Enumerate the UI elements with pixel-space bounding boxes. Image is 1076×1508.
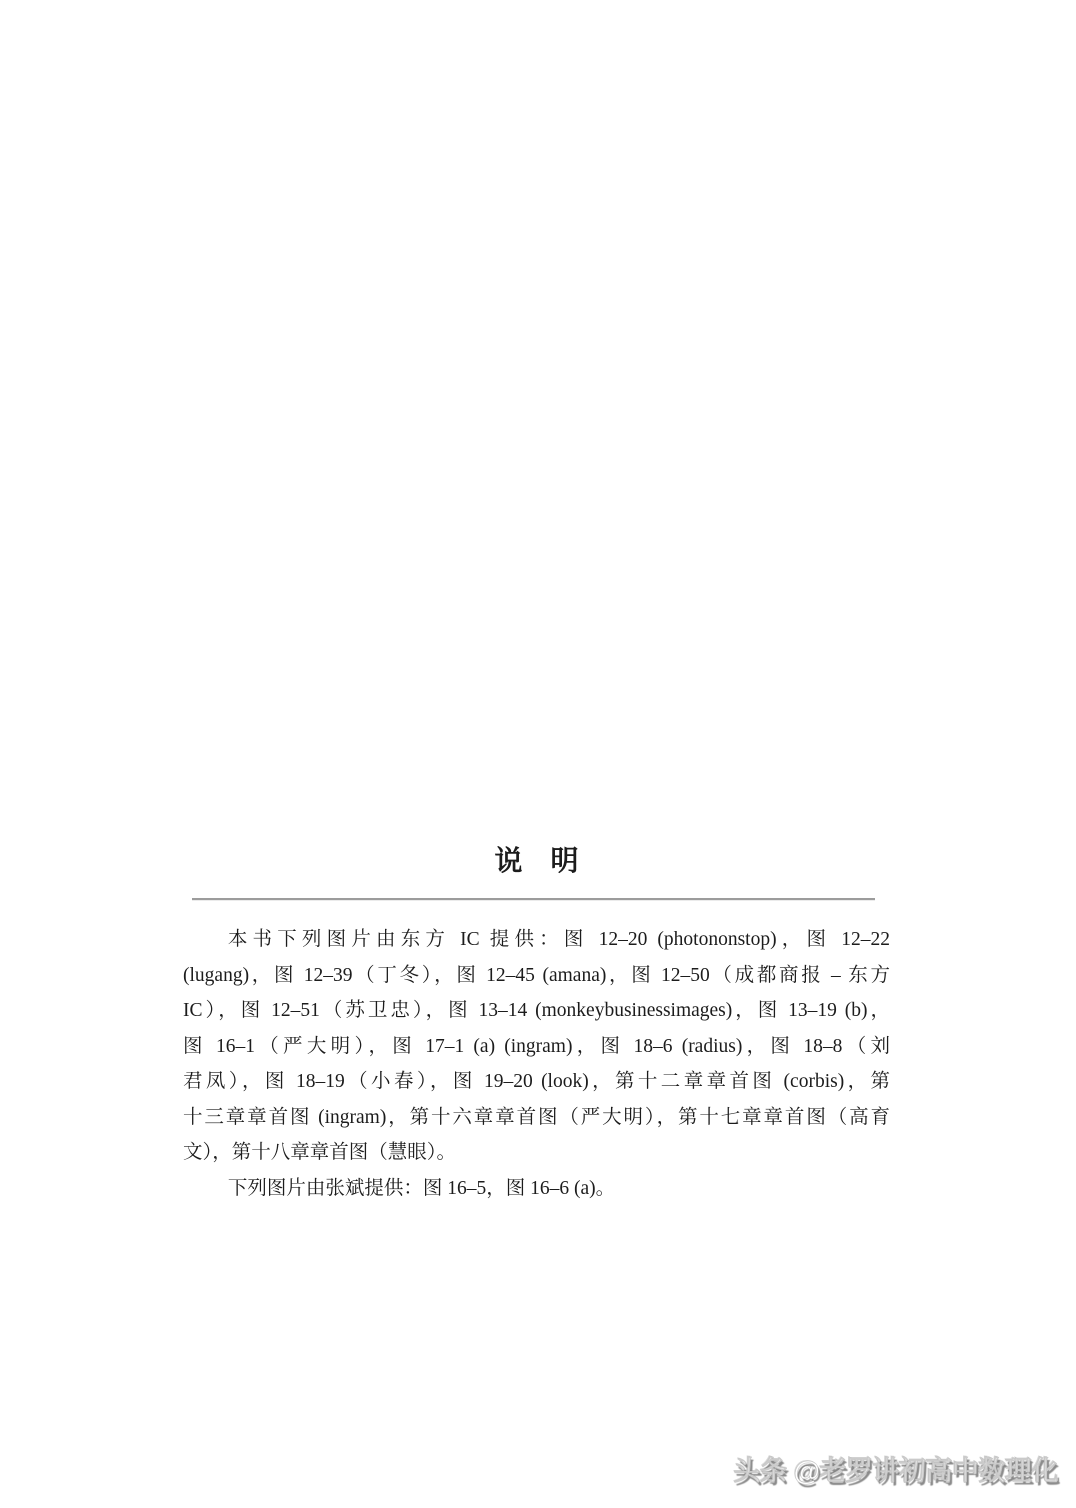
image-credits-text: 本书下列图片由东方 IC 提供：图 12–20 (photononstop)，图… xyxy=(183,922,890,1206)
credits-line: (lugang)，图 12–39（丁冬），图 12–45 (amana)，图 1… xyxy=(183,958,890,994)
credits-line: 君凤），图 18–19（小春），图 19–20 (look)，第十二章章首图 (… xyxy=(183,1064,890,1100)
toutiao-watermark: 头条 @老罗讲初高中数理化 xyxy=(734,1449,1058,1488)
page-title: 说 明 xyxy=(183,843,890,879)
book-page: { "document": { "title": "说 明", "credits… xyxy=(0,0,1076,1508)
credits-line: 图 16–1（严大明），图 17–1 (a) (ingram)，图 18–6 (… xyxy=(183,1029,890,1065)
credits-line: 下列图片由张斌提供：图 16–5，图 16–6 (a)。 xyxy=(183,1171,890,1207)
credits-line: IC），图 12–51（苏卫忠），图 13–14 (monkeybusiness… xyxy=(183,993,890,1029)
credits-line: 文），第十八章章首图（慧眼）。 xyxy=(183,1135,890,1171)
title-divider-rule xyxy=(192,898,875,900)
credits-line: 本书下列图片由东方 IC 提供：图 12–20 (photononstop)，图… xyxy=(183,922,890,958)
credits-line: 十三章章首图 (ingram)，第十六章章首图（严大明），第十七章章首图（高育 xyxy=(183,1100,890,1136)
